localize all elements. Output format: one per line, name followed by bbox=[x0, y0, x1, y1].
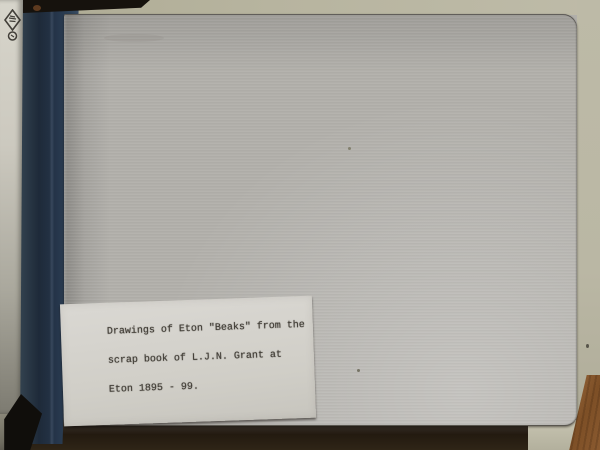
facing-page-edge bbox=[0, 0, 23, 414]
caption-line-3: Eton 1895 - 99. bbox=[108, 369, 315, 405]
caption-label: Drawings of Eton "Beaks" from the scrap … bbox=[60, 296, 316, 427]
diamond-stamp-icon bbox=[3, 9, 22, 45]
page-speck bbox=[357, 369, 360, 372]
photo-open-scrapbook: Drawings of Eton "Beaks" from the scrap … bbox=[0, 0, 600, 450]
rust-speck bbox=[33, 5, 41, 11]
page-speck bbox=[348, 147, 351, 150]
page-smudge bbox=[104, 34, 164, 42]
background-speck bbox=[586, 344, 589, 348]
